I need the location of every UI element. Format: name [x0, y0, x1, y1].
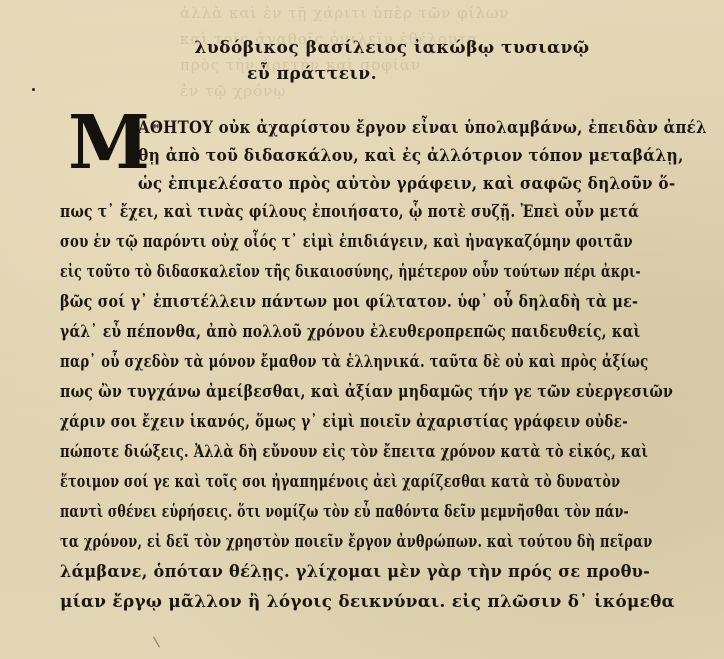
body-line-4: πως τ᾽ ἔχει, καὶ τινὰς φίλους ἐποιήσατο,…	[60, 202, 639, 222]
body-line-5: σου ἐν τῷ παρόντι οὐχ οἷός τ᾽ εἰμὶ ἐπιδι…	[60, 232, 633, 252]
ink-speck	[32, 88, 35, 91]
body-line-10: πως ὢν τυγχάνω ἀμείβεσθαι, καὶ ἀξίαν μηδ…	[60, 382, 673, 402]
bleed-line: ἀλλὰ καὶ ἐν τῇ χάριτι ὑπὲρ τῶν φίλων	[180, 0, 660, 26]
body-line-16: λάμβανε, ὁπόταν θέλῃς. γλίχομαι μὲν γὰρ …	[60, 562, 650, 582]
heading-line-2: εὖ πράττειν.	[0, 64, 674, 84]
body-line-14: παντὶ σθένει εὑρήσεις. ὅτι νομίζω τὸν εὖ…	[60, 502, 629, 522]
body-line-7: βῶς σοί γ᾽ ἐπιστέλλειν πάντων μοι φίλτατ…	[60, 292, 638, 312]
body-line-12: πώποτε διώξεις. Ἀλλὰ δὴ εὔνουν εἰς τὸν ἔ…	[60, 442, 648, 462]
body-line-15: τα χρόνον, εἰ δεῖ τὸν χρηστὸν ποιεῖν ἔργ…	[60, 532, 653, 552]
body-line-2: θῃ ἀπὸ τοῦ διδασκάλου, καὶ ἐς ἀλλότριον …	[138, 146, 684, 166]
body-line-9: παρ᾽ οὗ σχεδὸν τὰ μόνον ἔμαθον τὰ ἑλληνι…	[60, 352, 648, 372]
body-line-3: ὡς ἐπιμελέσατο πρὸς αὐτὸν γράφειν, καὶ σ…	[138, 174, 675, 194]
body-line-11: χάριν σοι ἔχειν ἱκανός, ὅμως γ᾽ εἰμὶ ποι…	[60, 412, 628, 432]
body-line-1: ΑΘΗΤΟΥ οὐκ ἀχαρίστου ἔργον εἶναι ὑπολαμβ…	[138, 118, 707, 138]
body-line-8: γάλ᾽ εὖ πέπονθα, ἀπὸ πολλοῦ χρόνου ἐλευθ…	[60, 322, 641, 342]
body-line-13: ἕτοιμον σοί γε καὶ τοῖς σοι ἠγαπημένοις …	[60, 472, 620, 492]
heading-line-1: λυδόβικος βασίλειος ἰακώβῳ τυσιανῷ	[30, 38, 724, 58]
body-line-6: εἰς τοῦτο τὸ διδασκαλεῖον τῆς δικαιοσύνη…	[60, 262, 641, 282]
scanned-page: ἀλλὰ καὶ ἐν τῇ χάριτι ὑπὲρ τῶν φίλων καὶ…	[0, 0, 724, 659]
body-line-17: μίαν ἔργῳ μᾶλλον ἢ λόγοις δεικνύναι. εἰς…	[60, 592, 675, 612]
paper-scratch	[153, 637, 160, 648]
